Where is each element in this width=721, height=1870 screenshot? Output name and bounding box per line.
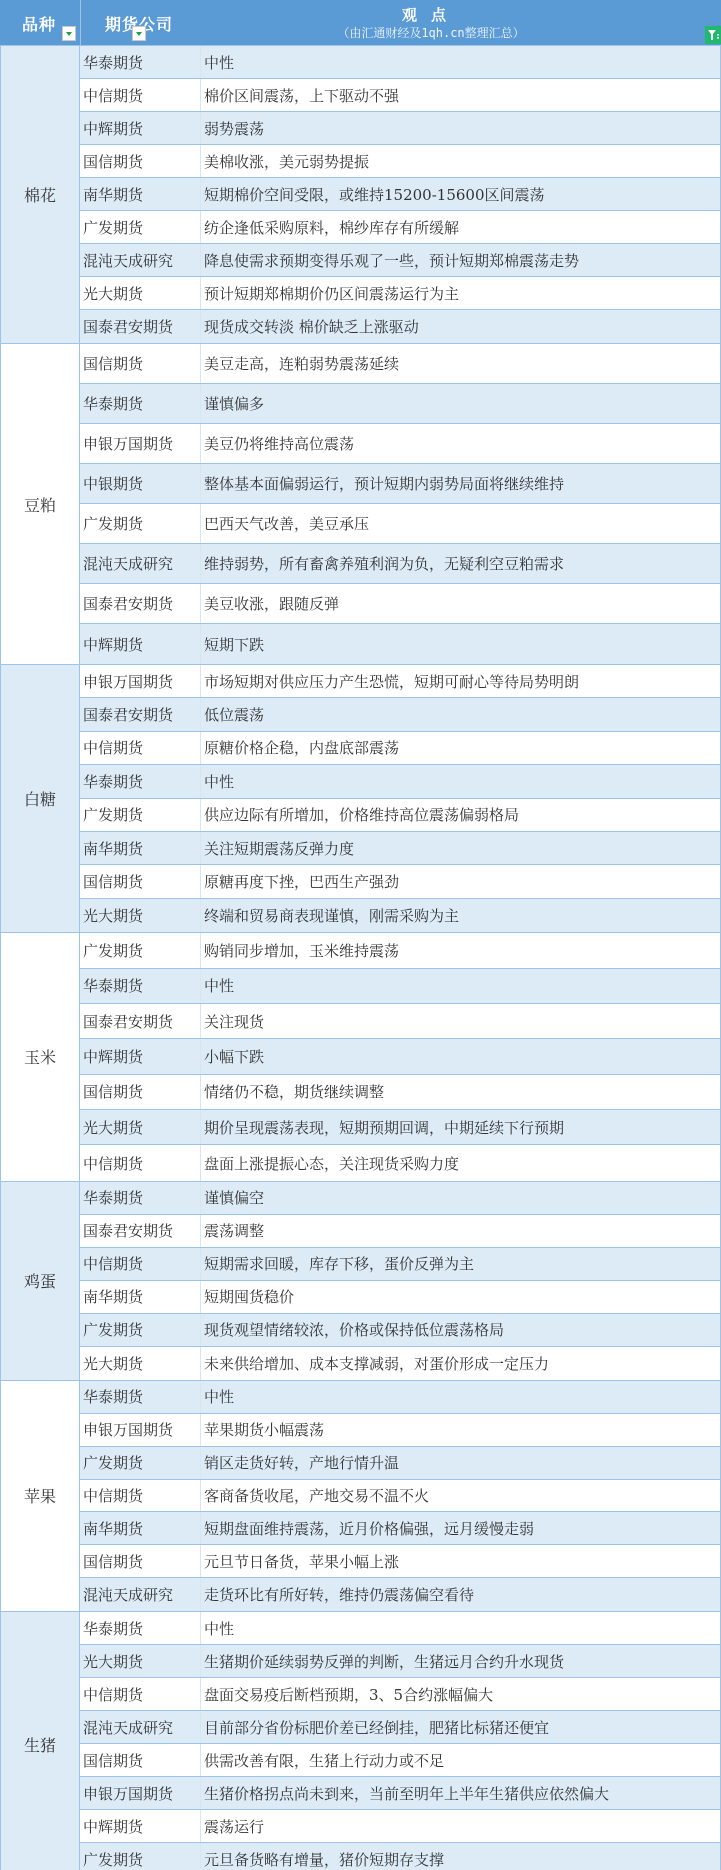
view-cell[interactable]: 短期下跌 bbox=[201, 624, 721, 664]
table-row[interactable]: 国信期货元旦节日备货，苹果小幅上涨 bbox=[80, 1545, 721, 1578]
company-cell[interactable]: 光大期货 bbox=[80, 1645, 201, 1677]
company-cell[interactable]: 中辉期货 bbox=[80, 1039, 201, 1073]
company-cell[interactable]: 混沌天成研究 bbox=[80, 1711, 201, 1743]
table-row[interactable]: 混沌天成研究降息使需求预期变得乐观了一些，预计短期郑棉震荡走势 bbox=[80, 244, 721, 277]
table-row[interactable]: 广发期货元旦备货略有增量，猪价短期存支撑 bbox=[80, 1843, 721, 1870]
table-row[interactable]: 光大期货未来供给增加、成本支撑减弱，对蛋价形成一定压力 bbox=[80, 1347, 721, 1380]
view-cell[interactable]: 客商备货收尾，产地交易不温不火 bbox=[201, 1480, 721, 1512]
company-cell[interactable]: 中辉期货 bbox=[80, 112, 201, 144]
category-filter-dropdown-icon[interactable] bbox=[62, 26, 76, 41]
table-row[interactable]: 国泰君安期货关注现货 bbox=[80, 1004, 721, 1039]
company-cell[interactable]: 光大期货 bbox=[80, 1110, 201, 1144]
table-row[interactable]: 光大期货期价呈现震荡表现，短期预期回调，中期延续下行预期 bbox=[80, 1110, 721, 1145]
view-cell[interactable]: 降息使需求预期变得乐观了一些，预计短期郑棉震荡走势 bbox=[201, 244, 721, 276]
company-cell[interactable]: 国泰君安期货 bbox=[80, 1215, 201, 1247]
company-cell[interactable]: 中信期货 bbox=[80, 1145, 201, 1180]
company-cell[interactable]: 中信期货 bbox=[80, 1480, 201, 1512]
company-cell[interactable]: 中辉期货 bbox=[80, 624, 201, 664]
company-cell[interactable]: 申银万国期货 bbox=[80, 424, 201, 463]
table-row[interactable]: 南华期货关注短期震荡反弹力度 bbox=[80, 832, 721, 865]
table-row[interactable]: 混沌天成研究目前部分省份标肥价差已经倒挂，肥猪比标猪还便宜 bbox=[80, 1711, 721, 1744]
view-cell[interactable]: 维持弱势，所有畜禽养殖利润为负，无疑利空豆粕需求 bbox=[201, 544, 721, 583]
view-cell[interactable]: 巴西天气改善，美豆承压 bbox=[201, 504, 721, 543]
view-cell[interactable]: 美豆仍将维持高位震荡 bbox=[201, 424, 721, 463]
table-row[interactable]: 中辉期货小幅下跌 bbox=[80, 1039, 721, 1074]
company-cell[interactable]: 国泰君安期货 bbox=[80, 310, 201, 343]
table-row[interactable]: 华泰期货谨慎偏多 bbox=[80, 384, 721, 424]
table-row[interactable]: 光大期货预计短期郑棉期价仍区间震荡运行为主 bbox=[80, 277, 721, 310]
view-cell[interactable]: 生猪期价延续弱势反弹的判断，生猪远月合约升水现货 bbox=[201, 1645, 721, 1677]
category-cell[interactable]: 棉花 bbox=[0, 46, 80, 343]
category-cell[interactable]: 生猪 bbox=[0, 1612, 80, 1870]
category-rows: 国信期货美豆走高，连粕弱势震荡延续华泰期货谨慎偏多申银万国期货美豆仍将维持高位震… bbox=[80, 344, 721, 664]
view-cell[interactable]: 情绪仍不稳，期货继续调整 bbox=[201, 1075, 721, 1109]
company-cell[interactable]: 国信期货 bbox=[80, 1545, 201, 1577]
view-cell[interactable]: 关注短期震荡反弹力度 bbox=[201, 832, 721, 864]
category-rows: 申银万国期货市场短期对供应压力产生恐慌，短期可耐心等待局势明朗国泰君安期货低位震… bbox=[80, 665, 721, 932]
view-cell[interactable]: 中性 bbox=[201, 1612, 721, 1644]
company-cell[interactable]: 申银万国期货 bbox=[80, 1414, 201, 1446]
table-row[interactable]: 光大期货生猪期价延续弱势反弹的判断，生猪远月合约升水现货 bbox=[80, 1645, 721, 1678]
table-row[interactable]: 华泰期货中性 bbox=[80, 765, 721, 798]
view-cell[interactable]: 供应边际有所增加，价格维持高位震荡偏弱格局 bbox=[201, 799, 721, 831]
category-cell[interactable]: 白糖 bbox=[0, 665, 80, 932]
table-row[interactable]: 申银万国期货苹果期货小幅震荡 bbox=[80, 1414, 721, 1447]
company-cell[interactable]: 华泰期货 bbox=[80, 1182, 201, 1214]
category-rows: 华泰期货谨慎偏空国泰君安期货震荡调整中信期货短期需求回暖，库存下移，蛋价反弹为主… bbox=[80, 1182, 721, 1380]
view-cell[interactable]: 原糖再度下挫，巴西生产强劲 bbox=[201, 865, 721, 897]
view-cell[interactable]: 谨慎偏多 bbox=[201, 384, 721, 423]
company-cell[interactable]: 混沌天成研究 bbox=[80, 544, 201, 583]
company-cell[interactable]: 光大期货 bbox=[80, 1347, 201, 1380]
view-cell[interactable]: 棉价区间震荡，上下驱动不强 bbox=[201, 79, 721, 111]
company-cell[interactable]: 国泰君安期货 bbox=[80, 1004, 201, 1038]
table-row[interactable]: 华泰期货谨慎偏空 bbox=[80, 1182, 721, 1215]
table-header: 品种 期货公司 观点 （由汇通财经及1qh.cn整理汇总） bbox=[0, 0, 721, 46]
company-cell[interactable]: 华泰期货 bbox=[80, 384, 201, 423]
view-cell[interactable]: 美豆收涨，跟随反弹 bbox=[201, 584, 721, 623]
view-cell[interactable]: 短期需求回暖，库存下移，蛋价反弹为主 bbox=[201, 1248, 721, 1280]
table-row[interactable]: 国泰君安期货震荡调整 bbox=[80, 1215, 721, 1248]
category-rows: 广发期货购销同步增加，玉米维持震荡华泰期货中性国泰君安期货关注现货中辉期货小幅下… bbox=[80, 933, 721, 1181]
view-cell[interactable]: 盘面上涨提振心态，关注现货采购力度 bbox=[201, 1145, 721, 1180]
view-cell[interactable]: 关注现货 bbox=[201, 1004, 721, 1038]
company-cell[interactable]: 申银万国期货 bbox=[80, 665, 201, 697]
company-filter-dropdown-icon[interactable] bbox=[132, 26, 146, 41]
header-category: 品种 bbox=[0, 0, 81, 45]
category-cell[interactable]: 苹果 bbox=[0, 1381, 80, 1611]
table-row[interactable]: 申银万国期货市场短期对供应压力产生恐慌，短期可耐心等待局势明朗 bbox=[80, 665, 721, 698]
category-group: 生猪华泰期货中性光大期货生猪期价延续弱势反弹的判断，生猪远月合约升水现货中信期货… bbox=[0, 1612, 721, 1870]
header-category-label: 品种 bbox=[22, 12, 56, 35]
view-cell[interactable]: 预计短期郑棉期价仍区间震荡运行为主 bbox=[201, 277, 721, 309]
table-body: 棉花华泰期货中性中信期货棉价区间震荡，上下驱动不强中辉期货弱势震荡国信期货美棉收… bbox=[0, 46, 721, 1870]
header-company: 期货公司 bbox=[81, 0, 201, 45]
company-cell[interactable]: 申银万国期货 bbox=[80, 1777, 201, 1809]
view-cell[interactable]: 低位震荡 bbox=[201, 698, 721, 730]
table-row[interactable]: 南华期货短期囤货稳价 bbox=[80, 1281, 721, 1314]
company-cell[interactable]: 国泰君安期货 bbox=[80, 584, 201, 623]
view-cell[interactable]: 美豆走高，连粕弱势震荡延续 bbox=[201, 344, 721, 383]
view-cell[interactable]: 终端和贸易商表现谨慎，刚需采购为主 bbox=[201, 899, 721, 932]
company-cell[interactable]: 国信期货 bbox=[80, 865, 201, 897]
view-cell[interactable]: 谨慎偏空 bbox=[201, 1182, 721, 1214]
company-cell[interactable]: 南华期货 bbox=[80, 178, 201, 210]
table-row[interactable]: 国信期货美豆走高，连粕弱势震荡延续 bbox=[80, 344, 721, 384]
filter-active-icon[interactable] bbox=[705, 26, 721, 44]
table-row[interactable]: 华泰期货中性 bbox=[80, 1381, 721, 1414]
view-cell[interactable]: 纺企逢低采购原料，棉纱库存有所缓解 bbox=[201, 211, 721, 243]
view-cell[interactable]: 短期囤货稳价 bbox=[201, 1281, 721, 1313]
company-cell[interactable]: 南华期货 bbox=[80, 832, 201, 864]
company-cell[interactable]: 光大期货 bbox=[80, 899, 201, 932]
company-cell[interactable]: 广发期货 bbox=[80, 799, 201, 831]
view-cell[interactable]: 元旦节日备货，苹果小幅上涨 bbox=[201, 1545, 721, 1577]
company-cell[interactable]: 广发期货 bbox=[80, 1447, 201, 1479]
table-row[interactable]: 申银万国期货美豆仍将维持高位震荡 bbox=[80, 424, 721, 464]
view-cell[interactable]: 震荡运行 bbox=[201, 1810, 721, 1842]
table-row[interactable]: 中信期货原糖价格企稳，内盘底部震荡 bbox=[80, 732, 721, 765]
category-rows: 华泰期货中性中信期货棉价区间震荡，上下驱动不强中辉期货弱势震荡国信期货美棉收涨，… bbox=[80, 46, 721, 343]
company-cell[interactable]: 中信期货 bbox=[80, 79, 201, 111]
table-row[interactable]: 国信期货供需改善有限，生猪上行动力或不足 bbox=[80, 1744, 721, 1777]
view-cell[interactable]: 中性 bbox=[201, 1381, 721, 1413]
table-row[interactable]: 国泰君安期货美豆收涨，跟随反弹 bbox=[80, 584, 721, 624]
view-cell[interactable]: 美棉收涨，美元弱势提振 bbox=[201, 145, 721, 177]
company-cell[interactable]: 混沌天成研究 bbox=[80, 244, 201, 276]
view-cell[interactable]: 短期盘面维持震荡，近月价格偏强，远月缓慢走弱 bbox=[201, 1512, 721, 1544]
company-cell[interactable]: 中辉期货 bbox=[80, 1810, 201, 1842]
company-cell[interactable]: 中银期货 bbox=[80, 464, 201, 503]
category-group: 鸡蛋华泰期货谨慎偏空国泰君安期货震荡调整中信期货短期需求回暖，库存下移，蛋价反弹… bbox=[0, 1182, 721, 1381]
view-cell[interactable]: 期价呈现震荡表现，短期预期回调，中期延续下行预期 bbox=[201, 1110, 721, 1144]
company-cell[interactable]: 国信期货 bbox=[80, 344, 201, 383]
company-cell[interactable]: 中信期货 bbox=[80, 1248, 201, 1280]
futures-views-table: 品种 期货公司 观点 （由汇通财经及1qh.cn整理汇总） 棉花华泰期货中性中信… bbox=[0, 0, 721, 1870]
category-group: 玉米广发期货购销同步增加，玉米维持震荡华泰期货中性国泰君安期货关注现货中辉期货小… bbox=[0, 933, 721, 1182]
table-row[interactable]: 国泰君安期货低位震荡 bbox=[80, 698, 721, 731]
table-row[interactable]: 中信期货客商备货收尾，产地交易不温不火 bbox=[80, 1480, 721, 1513]
company-cell[interactable]: 光大期货 bbox=[80, 277, 201, 309]
table-row[interactable]: 广发期货供应边际有所增加，价格维持高位震荡偏弱格局 bbox=[80, 799, 721, 832]
view-cell[interactable]: 供需改善有限，生猪上行动力或不足 bbox=[201, 1744, 721, 1776]
view-cell[interactable]: 小幅下跌 bbox=[201, 1039, 721, 1073]
view-cell[interactable]: 现货成交转淡 棉价缺乏上涨驱动 bbox=[201, 310, 721, 343]
table-row[interactable]: 中信期货盘面交易疫后断档预期，3、5合约涨幅偏大 bbox=[80, 1678, 721, 1711]
table-row[interactable]: 国信期货美棉收涨，美元弱势提振 bbox=[80, 145, 721, 178]
table-row[interactable]: 混沌天成研究维持弱势，所有畜禽养殖利润为负，无疑利空豆粕需求 bbox=[80, 544, 721, 584]
view-cell[interactable]: 现货观望情绪较浓，价格或保持低位震荡格局 bbox=[201, 1314, 721, 1346]
company-cell[interactable]: 华泰期货 bbox=[80, 1612, 201, 1644]
company-cell[interactable]: 广发期货 bbox=[80, 933, 201, 967]
view-cell[interactable]: 元旦备货略有增量，猪价短期存支撑 bbox=[201, 1843, 721, 1870]
company-cell[interactable]: 华泰期货 bbox=[80, 765, 201, 797]
table-row[interactable]: 华泰期货中性 bbox=[80, 969, 721, 1004]
view-cell[interactable]: 短期棉价空间受限，或维持15200-15600区间震荡 bbox=[201, 178, 721, 210]
category-cell[interactable]: 豆粕 bbox=[0, 344, 80, 664]
view-cell[interactable]: 弱势震荡 bbox=[201, 112, 721, 144]
category-group: 豆粕国信期货美豆走高，连粕弱势震荡延续华泰期货谨慎偏多申银万国期货美豆仍将维持高… bbox=[0, 344, 721, 665]
view-cell[interactable]: 中性 bbox=[201, 46, 721, 78]
company-cell[interactable]: 广发期货 bbox=[80, 1843, 201, 1870]
company-cell[interactable]: 广发期货 bbox=[80, 211, 201, 243]
company-cell[interactable]: 华泰期货 bbox=[80, 969, 201, 1003]
header-view-title: 观点 bbox=[201, 4, 661, 25]
view-cell[interactable]: 中性 bbox=[201, 765, 721, 797]
company-cell[interactable]: 国信期货 bbox=[80, 1075, 201, 1109]
view-cell[interactable]: 震荡调整 bbox=[201, 1215, 721, 1247]
table-row[interactable]: 中辉期货短期下跌 bbox=[80, 624, 721, 664]
view-cell[interactable]: 盘面交易疫后断档预期，3、5合约涨幅偏大 bbox=[201, 1678, 721, 1710]
table-row[interactable]: 广发期货巴西天气改善，美豆承压 bbox=[80, 504, 721, 544]
table-row[interactable]: 中信期货短期需求回暖，库存下移，蛋价反弹为主 bbox=[80, 1248, 721, 1281]
table-row[interactable]: 广发期货销区走货好转，产地行情升温 bbox=[80, 1447, 721, 1480]
table-row[interactable]: 中辉期货震荡运行 bbox=[80, 1810, 721, 1843]
table-row[interactable]: 南华期货短期盘面维持震荡，近月价格偏强，远月缓慢走弱 bbox=[80, 1512, 721, 1545]
table-row[interactable]: 光大期货终端和贸易商表现谨慎，刚需采购为主 bbox=[80, 899, 721, 932]
company-cell[interactable]: 国信期货 bbox=[80, 1744, 201, 1776]
table-row[interactable]: 广发期货现货观望情绪较浓，价格或保持低位震荡格局 bbox=[80, 1314, 721, 1347]
table-row[interactable]: 中辉期货弱势震荡 bbox=[80, 112, 721, 145]
table-row[interactable]: 国信期货情绪仍不稳，期货继续调整 bbox=[80, 1075, 721, 1110]
view-cell[interactable]: 走货环比有所好转，维持仍震荡偏空看待 bbox=[201, 1578, 721, 1611]
table-row[interactable]: 华泰期货中性 bbox=[80, 1612, 721, 1645]
company-cell[interactable]: 南华期货 bbox=[80, 1281, 201, 1313]
view-cell[interactable]: 销区走货好转，产地行情升温 bbox=[201, 1447, 721, 1479]
header-view: 观点 （由汇通财经及1qh.cn整理汇总） bbox=[201, 0, 721, 45]
view-cell[interactable]: 市场短期对供应压力产生恐慌，短期可耐心等待局势明朗 bbox=[201, 665, 721, 697]
view-cell[interactable]: 未来供给增加、成本支撑减弱，对蛋价形成一定压力 bbox=[201, 1347, 721, 1380]
company-cell[interactable]: 国信期货 bbox=[80, 145, 201, 177]
table-row[interactable]: 国泰君安期货现货成交转淡 棉价缺乏上涨驱动 bbox=[80, 310, 721, 343]
table-row[interactable]: 中信期货棉价区间震荡，上下驱动不强 bbox=[80, 79, 721, 112]
view-cell[interactable]: 生猪价格拐点尚未到来，当前至明年上半年生猪供应依然偏大 bbox=[201, 1777, 721, 1809]
company-cell[interactable]: 中信期货 bbox=[80, 1678, 201, 1710]
table-row[interactable]: 广发期货纺企逢低采购原料，棉纱库存有所缓解 bbox=[80, 211, 721, 244]
view-cell[interactable]: 原糖价格企稳，内盘底部震荡 bbox=[201, 732, 721, 764]
company-cell[interactable]: 南华期货 bbox=[80, 1512, 201, 1544]
table-row[interactable]: 中银期货整体基本面偏弱运行，预计短期内弱势局面将继续维持 bbox=[80, 464, 721, 504]
view-cell[interactable]: 购销同步增加，玉米维持震荡 bbox=[201, 933, 721, 967]
company-cell[interactable]: 中信期货 bbox=[80, 732, 201, 764]
table-row[interactable]: 中信期货盘面上涨提振心态，关注现货采购力度 bbox=[80, 1145, 721, 1180]
company-cell[interactable]: 华泰期货 bbox=[80, 1381, 201, 1413]
company-cell[interactable]: 混沌天成研究 bbox=[80, 1578, 201, 1611]
view-cell[interactable]: 目前部分省份标肥价差已经倒挂，肥猪比标猪还便宜 bbox=[201, 1711, 721, 1743]
company-cell[interactable]: 广发期货 bbox=[80, 1314, 201, 1346]
view-cell[interactable]: 苹果期货小幅震荡 bbox=[201, 1414, 721, 1446]
category-rows: 华泰期货中性申银万国期货苹果期货小幅震荡广发期货销区走货好转，产地行情升温中信期… bbox=[80, 1381, 721, 1611]
category-group: 棉花华泰期货中性中信期货棉价区间震荡，上下驱动不强中辉期货弱势震荡国信期货美棉收… bbox=[0, 46, 721, 344]
view-cell[interactable]: 中性 bbox=[201, 969, 721, 1003]
company-cell[interactable]: 国泰君安期货 bbox=[80, 698, 201, 730]
company-cell[interactable]: 华泰期货 bbox=[80, 46, 201, 78]
category-cell[interactable]: 玉米 bbox=[0, 933, 80, 1181]
company-cell[interactable]: 广发期货 bbox=[80, 504, 201, 543]
category-rows: 华泰期货中性光大期货生猪期价延续弱势反弹的判断，生猪远月合约升水现货中信期货盘面… bbox=[80, 1612, 721, 1870]
table-row[interactable]: 南华期货短期棉价空间受限，或维持15200-15600区间震荡 bbox=[80, 178, 721, 211]
table-row[interactable]: 华泰期货中性 bbox=[80, 46, 721, 79]
table-row[interactable]: 混沌天成研究走货环比有所好转，维持仍震荡偏空看待 bbox=[80, 1578, 721, 1611]
category-group: 苹果华泰期货中性申银万国期货苹果期货小幅震荡广发期货销区走货好转，产地行情升温中… bbox=[0, 1381, 721, 1612]
header-view-subtitle: （由汇通财经及1qh.cn整理汇总） bbox=[201, 24, 661, 41]
category-group: 白糖申银万国期货市场短期对供应压力产生恐慌，短期可耐心等待局势明朗国泰君安期货低… bbox=[0, 665, 721, 933]
table-row[interactable]: 申银万国期货生猪价格拐点尚未到来，当前至明年上半年生猪供应依然偏大 bbox=[80, 1777, 721, 1810]
category-cell[interactable]: 鸡蛋 bbox=[0, 1182, 80, 1380]
view-cell[interactable]: 整体基本面偏弱运行，预计短期内弱势局面将继续维持 bbox=[201, 464, 721, 503]
table-row[interactable]: 广发期货购销同步增加，玉米维持震荡 bbox=[80, 933, 721, 968]
table-row[interactable]: 国信期货原糖再度下挫，巴西生产强劲 bbox=[80, 865, 721, 898]
